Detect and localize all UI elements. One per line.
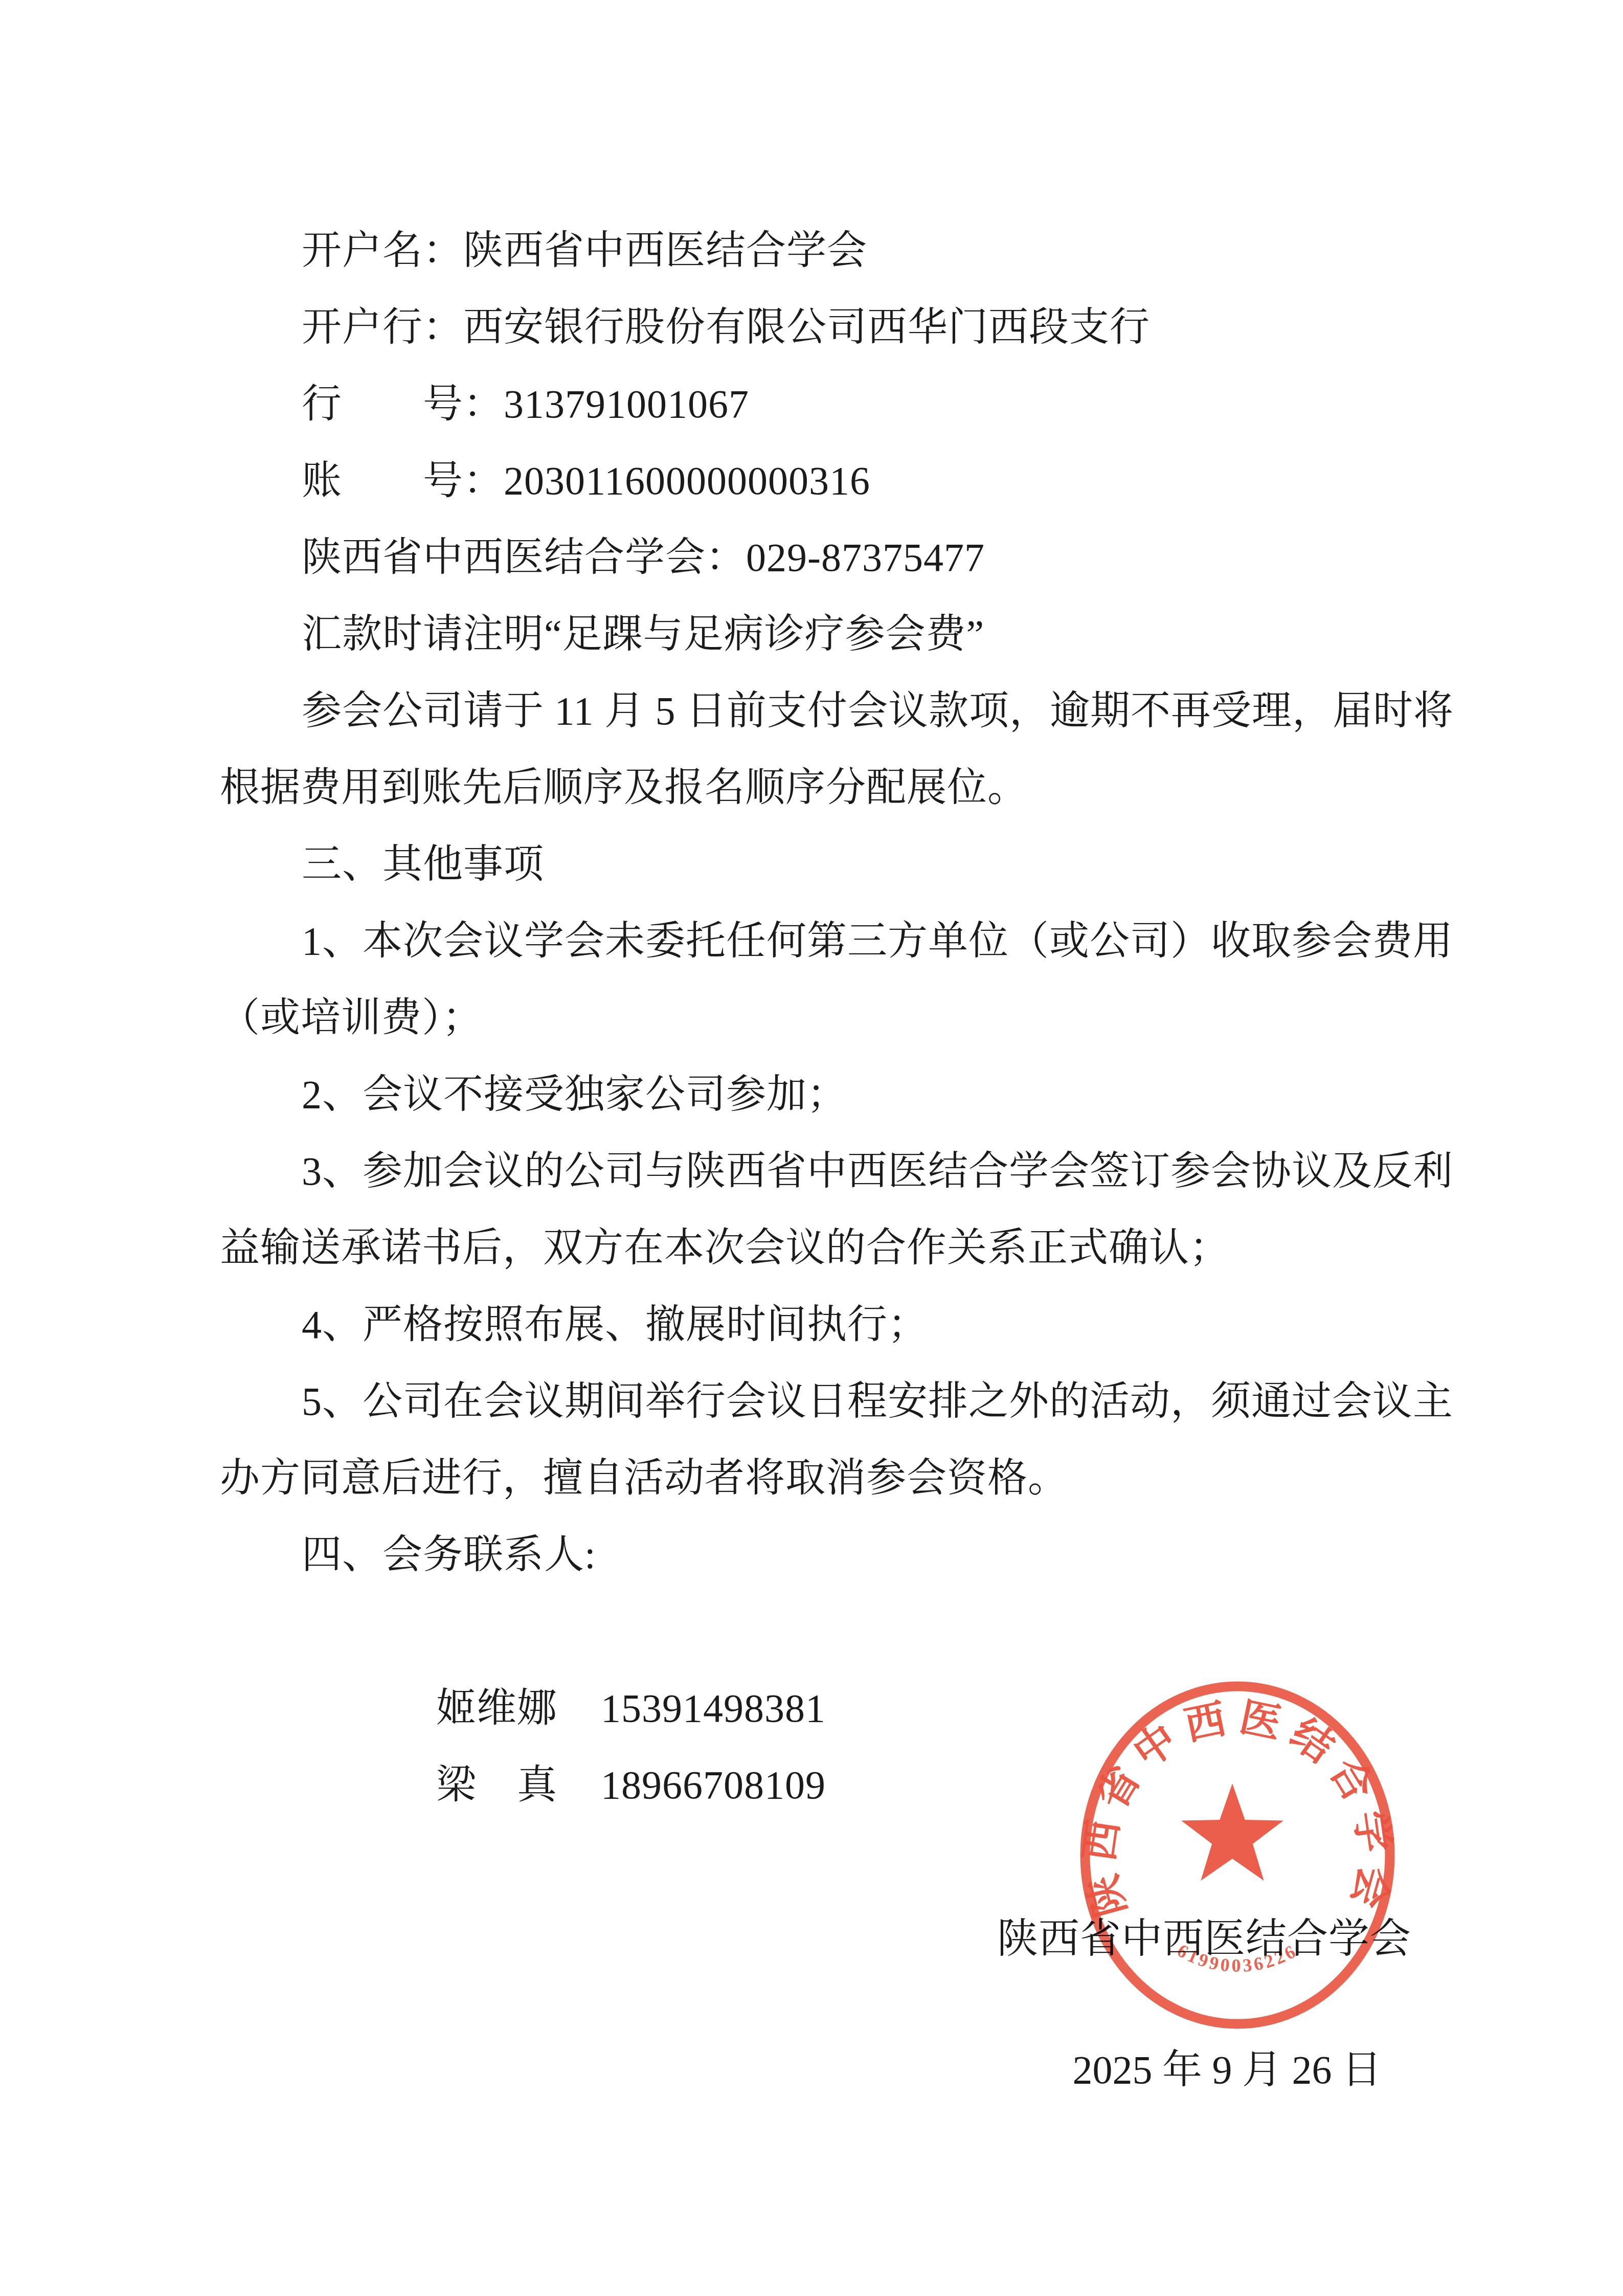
account-number-line: 账 号：203011600000000316: [220, 442, 1416, 519]
remittance-note-line: 汇款时请注明“足踝与足病诊疗参会费”: [220, 596, 1416, 673]
payment-deadline-line-2: 根据费用到账先后顺序及报名顺序分配展位。: [220, 749, 1416, 826]
item-1-line-2: （或培训费）；: [220, 979, 1416, 1056]
document-page: 开户名：陕西省中西医结合学会 开户行：西安银行股份有限公司西华门西段支行 行 号…: [0, 0, 1623, 2296]
section-three-heading: 三、其他事项: [220, 826, 1416, 903]
contact-phone: 15391498381: [601, 1686, 826, 1730]
item-2-line: 2、会议不接受独家公司参加；: [220, 1056, 1416, 1133]
document-body: 开户名：陕西省中西医结合学会 开户行：西安银行股份有限公司西华门西段支行 行 号…: [220, 212, 1416, 1747]
signature-date: 2025 年 9 月 26 日: [1072, 2047, 1382, 2093]
star-icon: [1181, 1784, 1283, 1881]
bank-id-number-line: 行 号：313791001067: [220, 366, 1416, 442]
society-phone-line: 陕西省中西医结合学会：029-87375477: [220, 519, 1416, 596]
item-3-line-2: 益输送承诺书后，双方在本次会议的合作关系正式确认；: [220, 1210, 1416, 1286]
section-four-heading: 四、会务联系人:: [220, 1517, 1416, 1593]
item-4-line: 4、严格按照布展、撤展时间执行；: [220, 1286, 1416, 1363]
contact-name: 梁 真: [436, 1763, 557, 1807]
item-1-line-1: 1、本次会议学会未委托任何第三方单位（或公司）收取参会费用: [220, 903, 1416, 979]
signature-organization: 陕西省中西医结合学会: [997, 1916, 1411, 1962]
contact-name: 姬维娜: [436, 1686, 557, 1730]
contact-phone: 18966708109: [601, 1763, 826, 1807]
item-3-line-1: 3、参加会议的公司与陕西省中西医结合学会签订参会协议及反利: [220, 1133, 1416, 1210]
payment-deadline-line-1: 参会公司请于 11 月 5 日前支付会议款项，逾期不再受理，届时将: [220, 673, 1416, 749]
contact-row: 姬维娜15391498381: [220, 1593, 1416, 1670]
item-5-line-1: 5、公司在会议期间举行会议日程安排之外的活动，须通过会议主: [220, 1363, 1416, 1440]
item-5-line-2: 办方同意后进行，擅自活动者将取消参会资格。: [220, 1440, 1416, 1517]
bank-branch-line: 开户行：西安银行股份有限公司西华门西段支行: [220, 289, 1416, 366]
bank-account-name-line: 开户名：陕西省中西医结合学会: [220, 212, 1416, 289]
